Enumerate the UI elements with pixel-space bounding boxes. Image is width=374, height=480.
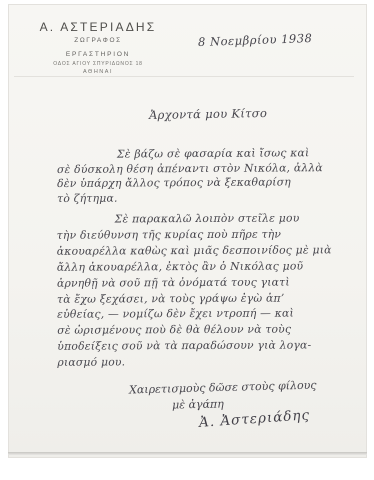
letterhead-address: ΟΔΟΣ ΑΓΙΟΥ ΣΠΥΡΙΔΩΝΟΣ 18 [35, 61, 161, 67]
letterhead-title: ΖΩΓΡΑΦΟΣ [35, 37, 161, 44]
letter-line: ριασμό μου. [57, 353, 342, 370]
letterhead: Α. ΑΣΤΕΡΙΑΔΗΣ ΖΩΓΡΑΦΟΣ ΕΡΓΑΣΤΗΡΙΟΝ ΟΔΟΣ … [35, 20, 161, 75]
body-paragraph-2: Σὲ παρακαλῶ λοιπὸν στεῖλε μου τὴν διεύθυ… [57, 210, 343, 371]
letter-line: τὴν διεύθυνση τῆς κυρίας ποὺ πῆρε τὴν [57, 226, 342, 243]
fold-crease [14, 76, 354, 77]
letterhead-name: Α. ΑΣΤΕΡΙΑΔΗΣ [35, 20, 161, 34]
salutation: Ἀρχοντά μου Κίτσο [149, 106, 267, 122]
letter-line: ὑποδείξεις σοῦ νὰ τὰ παραδώσουν γιὰ λογα… [57, 338, 342, 355]
letter-line: Σὲ παρακαλῶ λοιπὸν στεῖλε μου [57, 210, 342, 227]
letter-line: Σὲ βάζω σὲ φασαρία καὶ ἴσως καὶ [57, 146, 342, 163]
letter-line: τὰ ἔχω ξεχάσει, νὰ τοὺς γράψω ἐγὼ ἀπ’ [57, 290, 342, 307]
letter-line: ἀκουαρέλλα καθὼς καὶ μιᾶς δεσποινίδος μὲ… [57, 242, 342, 259]
closing-farewell: μὲ ἀγάπη [172, 398, 224, 412]
letter-line: ἄλλη ἀκουαρέλλα, ἐκτὸς ἂν ὁ Νικόλας μοῦ [57, 258, 342, 275]
letter-line: ἀρνηθῇ νὰ σοῦ πῇ τὰ ὀνόματά τους γιατὶ [57, 274, 342, 291]
letter-line: τὸ ζήτημα. [57, 190, 342, 207]
letter-line: σὲ ὡρισμένους ποὺ δὲ θὰ θέλουν νὰ τοὺς [57, 322, 342, 339]
letter-line: εὐθείας, — νομίζω δὲν ἔχει ντροπή — καὶ [57, 306, 342, 323]
letterhead-studio: ΕΡΓΑΣΤΗΡΙΟΝ [35, 51, 161, 58]
body-paragraph-1: Σὲ βάζω σὲ φασαρία καὶ ἴσως καὶ σὲ δύσκο… [57, 146, 342, 206]
scanned-letter-page: Α. ΑΣΤΕΡΙΑΔΗΣ ΖΩΓΡΑΦΟΣ ΕΡΓΑΣΤΗΡΙΟΝ ΟΔΟΣ … [0, 0, 374, 480]
scan-bottom-edge [8, 452, 367, 455]
letterhead-city: ΑΘΗΝΑΙ [35, 69, 161, 75]
letter-line: σὲ δύσκολη θέση ἀπέναντι στὸν Νικόλα, ἀλ… [57, 161, 342, 178]
